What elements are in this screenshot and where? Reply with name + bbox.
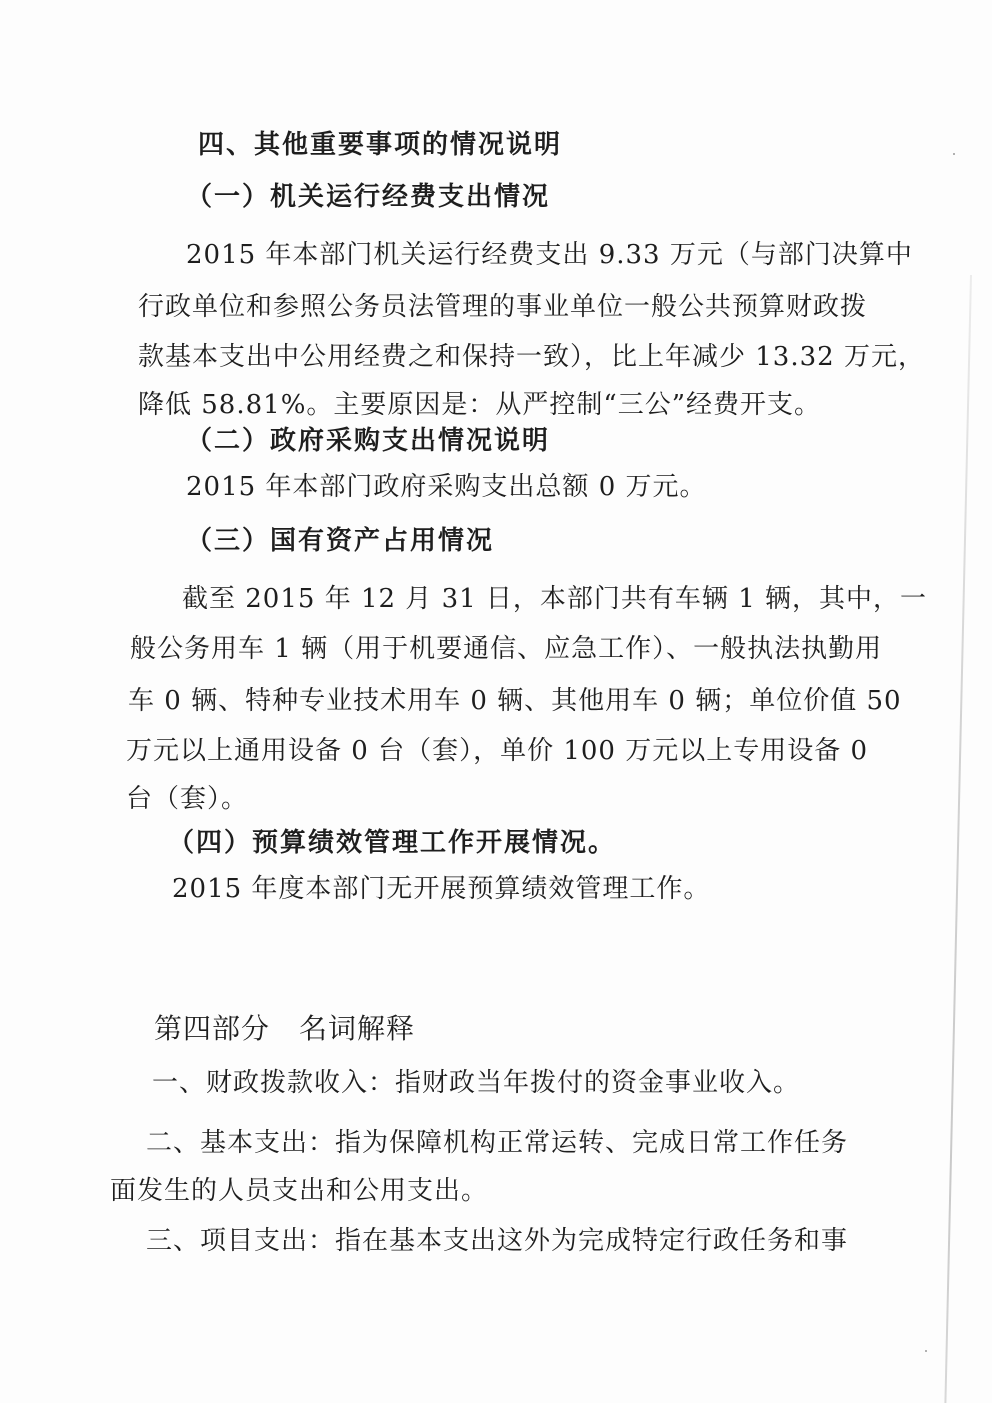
paragraph-line: 2015 年本部门机关运行经费支出 9.33 万元（与部门决算中 [186,238,913,272]
document-page: 四、其他重要事项的情况说明 （一）机关运行经费支出情况 2015 年本部门机关运… [0,0,992,1403]
definition-line: 面发生的人员支出和公用支出。 [110,1174,488,1208]
part-title: 第四部分 名词解释 [154,1012,415,1046]
section-heading: 四、其他重要事项的情况说明 [198,128,562,162]
definition-line: 一、财政拨款收入：指财政当年拨付的资金事业收入。 [152,1066,800,1100]
paragraph-line: 2015 年度本部门无开展预算绩效管理工作。 [172,872,710,906]
paragraph-line: 台（套）。 [126,782,248,816]
paragraph-line: 行政单位和参照公务员法管理的事业单位一般公共预算财政拨 [138,290,867,324]
subsection-heading-3: （三）国有资产占用情况 [186,524,494,558]
scan-speck [953,153,955,155]
paragraph-line: 车 0 辆、特种专业技术用车 0 辆、其他用车 0 辆；单位价值 50 [128,684,902,718]
definition-line: 三、项目支出：指在基本支出这外为完成特定行政任务和事 [146,1224,848,1258]
subsection-heading-4: （四）预算绩效管理工作开展情况。 [168,826,616,860]
paragraph-line: 款基本支出中公用经费之和保持一致），比上年减少 13.32 万元， [138,340,925,374]
definition-line: 二、基本支出：指为保障机构正常运转、完成日常工作任务 [146,1126,848,1160]
scan-artifact-line [944,275,972,1403]
paragraph-line: 2015 年本部门政府采购支出总额 0 万元。 [186,470,707,504]
paragraph-line: 截至 2015 年 12 月 31 日，本部门共有车辆 1 辆，其中，一 [182,582,927,616]
paragraph-line: 万元以上通用设备 0 台（套），单价 100 万元以上专用设备 0 [126,734,868,768]
scan-speck [925,1350,927,1352]
subsection-heading-2: （二）政府采购支出情况说明 [186,424,550,458]
subsection-heading-1: （一）机关运行经费支出情况 [186,180,550,214]
paragraph-line: 降低 58.81%。主要原因是：从严控制“三公”经费开支。 [138,388,821,422]
paragraph-line: 般公务用车 1 辆（用于机要通信、应急工作）、一般执法执勤用 [130,632,882,666]
